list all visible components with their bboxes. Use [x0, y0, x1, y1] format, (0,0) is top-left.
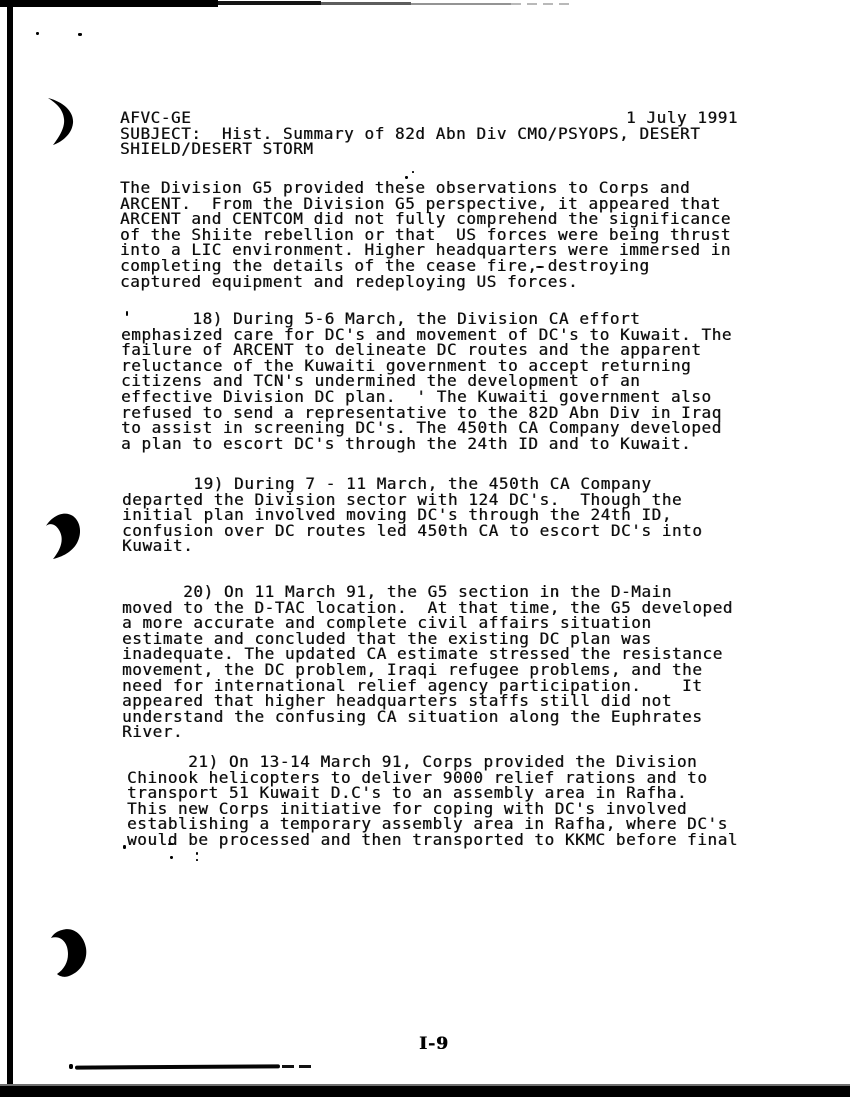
ink-speck	[78, 33, 82, 36]
scan-edge-top	[0, 0, 218, 7]
item-21-paragraph: 21) On 13-14 March 91, Corps provided th…	[127, 754, 738, 848]
text-line: understand the confusing CA situation al…	[122, 709, 733, 725]
intro-paragraph: The Division G5 provided these observati…	[120, 180, 731, 289]
scan-edge-top	[218, 1, 321, 5]
ink-speck	[170, 856, 173, 859]
crescent-ink-mark	[40, 510, 84, 560]
ink-speck	[196, 852, 198, 855]
text-line: River.	[122, 724, 733, 740]
scan-edge-bottom	[0, 1084, 850, 1097]
text-line: Kuwait.	[122, 538, 702, 554]
ink-speck	[36, 32, 39, 35]
scan-smudge-line	[75, 1064, 280, 1069]
page-number: I-9	[419, 1034, 449, 1054]
ink-speck	[196, 859, 198, 861]
item-20-paragraph: 20) On 11 March 91, the G5 section in th…	[122, 584, 733, 740]
scan-edge-top	[411, 3, 511, 5]
text-line: would be processed and then transported …	[127, 832, 738, 848]
scan-edge-left	[7, 0, 13, 1085]
scanned-document-page: AFVC-GE 1 July 1991 SUBJECT: Hist. Summa…	[0, 0, 850, 1097]
text-line: captured equipment and redeploying US fo…	[120, 274, 731, 290]
ink-speck	[412, 171, 414, 173]
scan-edge-top	[321, 2, 411, 5]
item-19-paragraph: 19) During 7 - 11 March, the 450th CA Co…	[122, 476, 702, 554]
ink-speck	[69, 1064, 73, 1069]
item-18-paragraph: 18) During 5-6 March, the Division CA ef…	[121, 311, 732, 451]
text-line: confusion over DC routes led 450th CA to…	[122, 523, 702, 539]
scan-smudge-line	[282, 1065, 316, 1068]
text-line: a plan to escort DC's through the 24th I…	[121, 436, 732, 452]
crescent-ink-mark	[44, 96, 78, 146]
memo-header: AFVC-GE 1 July 1991 SUBJECT: Hist. Summa…	[120, 110, 738, 157]
subject-line: SHIELD/DESERT STORM	[120, 141, 738, 157]
crescent-ink-mark	[50, 928, 90, 980]
scan-edge-top	[511, 3, 575, 5]
ink-speck	[123, 845, 126, 849]
